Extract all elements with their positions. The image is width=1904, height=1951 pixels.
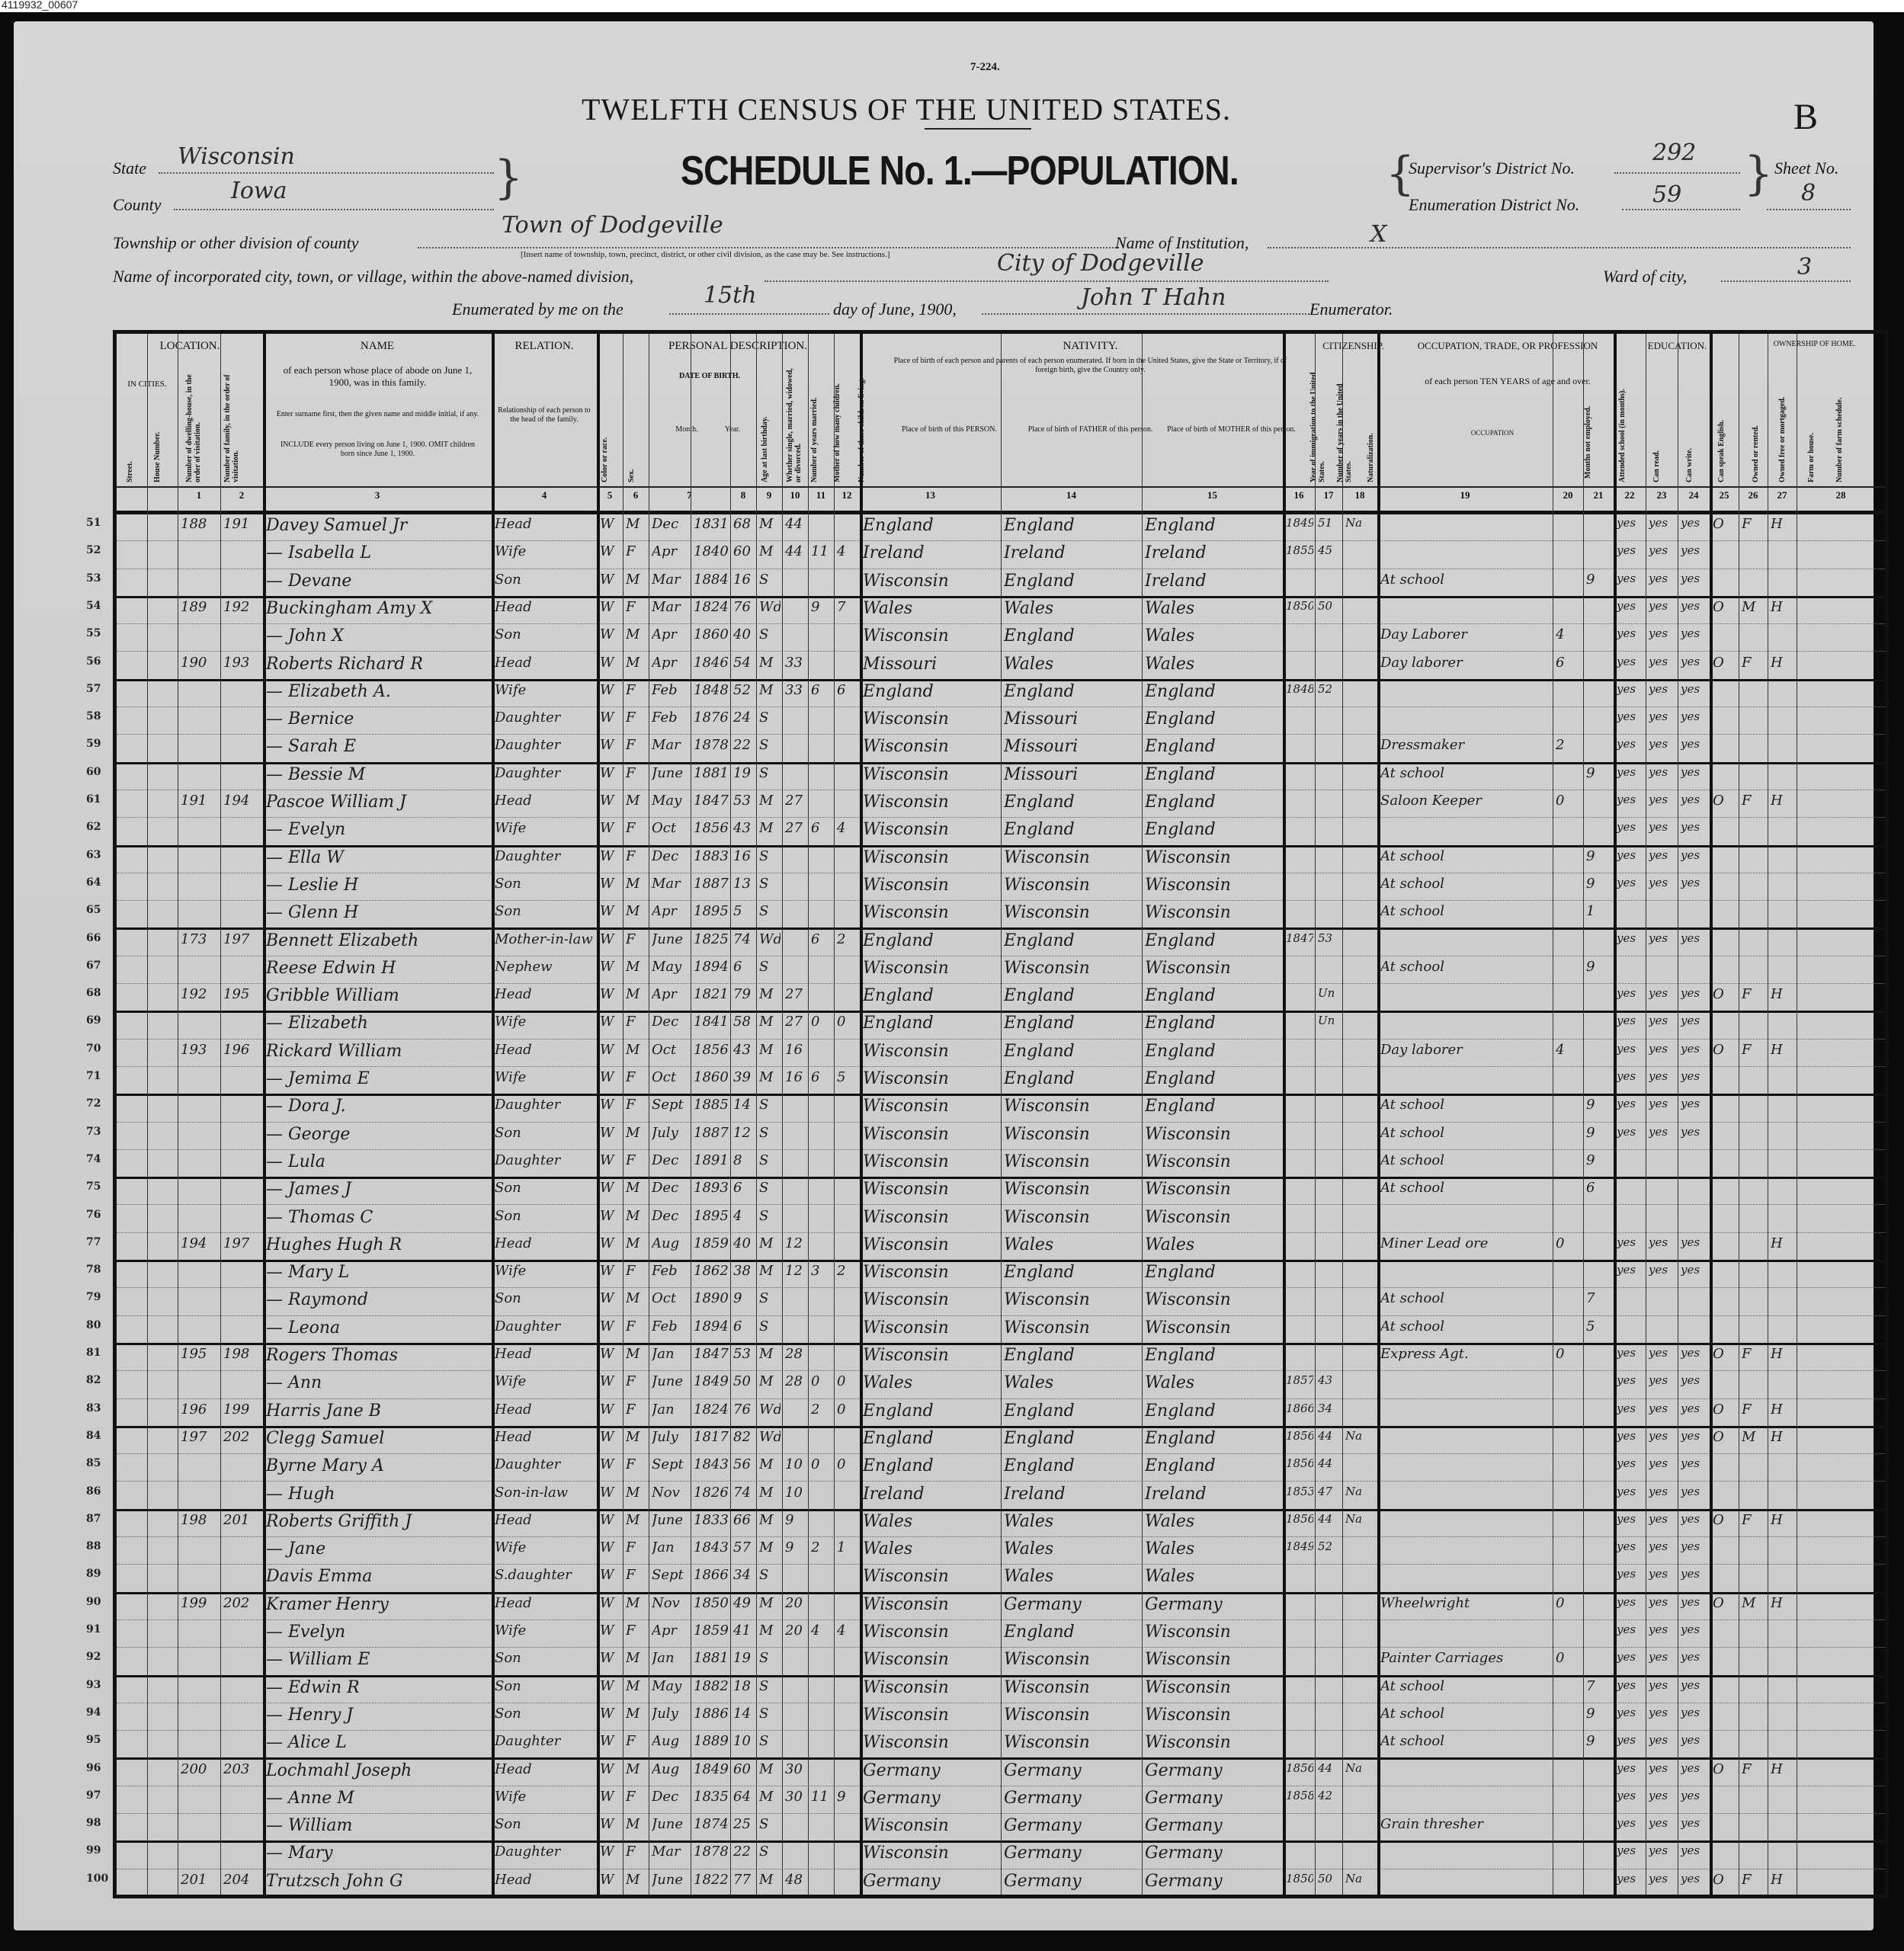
- cell-race: W: [600, 1844, 621, 1860]
- cell-speak: yes: [1681, 737, 1708, 751]
- cell-race: W: [600, 1733, 621, 1749]
- cell-sex: M: [626, 572, 647, 588]
- cell-bf: Wisconsin: [1004, 1125, 1140, 1144]
- cell-bf: England: [1004, 1263, 1140, 1282]
- cell-dw: 201: [181, 1872, 219, 1888]
- cell-year: 1887: [694, 1125, 729, 1141]
- cell-month: Sept: [652, 1097, 689, 1113]
- month-heading: Month.: [664, 425, 710, 434]
- line-number: 85: [86, 1457, 101, 1469]
- brace-district-close: }: [1744, 147, 1773, 200]
- cell-bm: England: [1145, 931, 1281, 950]
- immigration-year-header: Year of immigration to the United States…: [1309, 368, 1326, 482]
- cell-name: — James J: [266, 1180, 490, 1199]
- cell-year: 1849: [694, 1373, 729, 1389]
- cell-bf: Wisconsin: [1004, 1678, 1140, 1697]
- cell-year: 1891: [694, 1152, 729, 1168]
- cell-name: Pascoe William J: [266, 793, 490, 812]
- cell-bf: Wisconsin: [1004, 1208, 1140, 1227]
- cell-ym: 20: [785, 1623, 806, 1639]
- cell-month: Aug: [652, 1761, 689, 1777]
- cell-mar: S: [759, 1152, 781, 1168]
- cell-name: Kramer Henry: [266, 1595, 490, 1614]
- cell-rel: Head: [495, 793, 595, 809]
- column-number: 21: [1583, 489, 1614, 501]
- cell-bf: Wisconsin: [1004, 903, 1140, 922]
- cell-bf: Wales: [1004, 1373, 1140, 1392]
- cell-month: Apr: [652, 626, 689, 642]
- cell-write: yes: [1649, 820, 1676, 834]
- cell-occ: Day laborer: [1380, 1042, 1551, 1058]
- cell-year: 1856: [694, 820, 729, 836]
- county-label: County: [113, 195, 162, 215]
- cell-free: M: [1742, 1429, 1766, 1445]
- cell-bp: Ireland: [863, 1485, 999, 1504]
- cell-age: 39: [733, 1069, 755, 1085]
- line-number: 79: [86, 1291, 101, 1303]
- cell-read: yes: [1617, 1456, 1644, 1470]
- cell-read: yes: [1617, 1069, 1644, 1083]
- cell-bm: Wales: [1145, 1235, 1281, 1254]
- cell-speak: yes: [1681, 986, 1708, 1000]
- cell-read: yes: [1617, 1346, 1644, 1360]
- cell-bm: Wales: [1145, 1512, 1281, 1531]
- column-number: 19: [1377, 489, 1553, 501]
- cell-free: F: [1742, 1512, 1766, 1528]
- line-number: 59: [86, 738, 101, 750]
- cell-unemp: 0: [1556, 1346, 1582, 1362]
- cell-race: W: [600, 543, 621, 559]
- cell-rel: Daughter: [495, 848, 595, 864]
- cell-name: — Isabella L: [266, 543, 490, 562]
- census-title: TWELFTH CENSUS OF THE UNITED STATES.: [582, 91, 1231, 127]
- personal-description-heading: PERSONAL DESCRIPTION.: [597, 340, 879, 353]
- cell-sex: F: [626, 1014, 647, 1030]
- cell-age: 22: [733, 737, 755, 753]
- cell-bp: Wisconsin: [863, 1678, 999, 1697]
- column-divider: [834, 334, 835, 1895]
- cell-age: 53: [733, 793, 755, 809]
- cell-age: 6: [733, 1180, 755, 1196]
- cell-race: W: [600, 737, 621, 753]
- cell-bf: Wisconsin: [1004, 1650, 1140, 1669]
- cell-bm: England: [1145, 765, 1281, 784]
- cell-age: 41: [733, 1623, 755, 1639]
- cell-bp: Wales: [863, 1539, 999, 1559]
- cell-fam: 192: [223, 599, 261, 615]
- cell-mar: M: [759, 516, 781, 532]
- column-divider: [691, 334, 691, 1895]
- cell-speak: yes: [1681, 1733, 1708, 1747]
- cell-mar: M: [759, 682, 781, 698]
- cell-race: W: [600, 931, 621, 947]
- cell-write: yes: [1649, 1789, 1676, 1802]
- line-number: 57: [86, 683, 101, 695]
- cell-bf: Ireland: [1004, 1485, 1140, 1504]
- cell-year: 1894: [694, 959, 729, 975]
- cell-sex: M: [626, 876, 647, 892]
- cell-unemp: 0: [1556, 1595, 1582, 1611]
- cell-sch: 9: [1586, 1706, 1612, 1722]
- cell-dw: 198: [181, 1512, 219, 1528]
- cell-bp: Wisconsin: [863, 1650, 999, 1669]
- cell-age: 34: [733, 1567, 755, 1583]
- cell-imm: 1857: [1286, 1373, 1313, 1387]
- cell-name: — Bessie M: [266, 765, 490, 784]
- cell-write: yes: [1649, 737, 1676, 751]
- cell-bf: Germany: [1004, 1761, 1140, 1780]
- line-number: 94: [86, 1706, 101, 1719]
- line-number: 58: [86, 710, 101, 722]
- scan-background: 7-224. TWELFTH CENSUS OF THE UNITED STAT…: [0, 12, 1904, 1951]
- cell-write: yes: [1649, 986, 1676, 1000]
- cell-dw: 195: [181, 1346, 219, 1362]
- cell-occ: At school: [1380, 1678, 1551, 1694]
- cell-month: Sept: [652, 1456, 689, 1472]
- line-number: 99: [86, 1844, 101, 1856]
- cell-sex: F: [626, 599, 647, 615]
- cell-rel: Head: [495, 1595, 595, 1611]
- column-number: 3: [263, 489, 492, 501]
- cell-bm: England: [1145, 682, 1281, 701]
- cell-bp: Missouri: [863, 655, 999, 674]
- cell-mar: S: [759, 1567, 781, 1583]
- column-number: 1: [178, 489, 220, 501]
- cell-imm: 1855: [1286, 543, 1313, 557]
- ownership-heading: OWNERSHIP OF HOME.: [1744, 340, 1885, 348]
- cell-mar: M: [759, 1263, 781, 1279]
- state-value: Wisconsin: [178, 143, 295, 170]
- cell-race: W: [600, 1789, 621, 1805]
- cell-rel: Head: [495, 1235, 595, 1251]
- cell-name: — Dora J.: [266, 1097, 490, 1116]
- cell-occ: At school: [1380, 903, 1551, 919]
- cell-ch: 2: [837, 931, 858, 947]
- street-header: Street.: [126, 406, 134, 482]
- cell-month: Dec: [652, 1208, 689, 1224]
- cell-read: yes: [1617, 1706, 1644, 1719]
- cell-sex: M: [626, 986, 647, 1002]
- cell-mo: 2: [811, 1402, 832, 1418]
- cell-sch: 9: [1586, 1152, 1612, 1168]
- day-line: [669, 313, 829, 315]
- cell-bp: Germany: [863, 1789, 999, 1808]
- cell-sex: M: [626, 626, 647, 642]
- cell-sex: F: [626, 1097, 647, 1113]
- cell-read: yes: [1617, 1485, 1644, 1498]
- column-divider: [263, 334, 266, 1895]
- cell-month: May: [652, 1678, 689, 1694]
- cell-yus: 42: [1318, 1789, 1341, 1802]
- cell-mar: M: [759, 1456, 781, 1472]
- cell-name: Buckingham Amy X: [266, 599, 490, 618]
- cell-speak: yes: [1681, 848, 1708, 862]
- cell-yus: 44: [1318, 1512, 1341, 1526]
- cell-occ: Wheelwright: [1380, 1595, 1551, 1611]
- enumerator-name: John T Hahn: [1081, 284, 1226, 311]
- cell-read: yes: [1617, 1844, 1644, 1857]
- cell-bm: England: [1145, 1069, 1281, 1088]
- cell-fam: 194: [223, 793, 261, 809]
- cell-month: Nov: [652, 1485, 689, 1501]
- cell-rel: Wife: [495, 1539, 595, 1555]
- census-sheet: 7-224. TWELFTH CENSUS OF THE UNITED STAT…: [14, 21, 1874, 1930]
- cell-ch: 0: [837, 1373, 858, 1389]
- cell-bp: Wales: [863, 599, 999, 618]
- cell-year: 1847: [694, 1346, 729, 1362]
- cell-fh: H: [1771, 1512, 1795, 1528]
- cell-rel: Daughter: [495, 1844, 595, 1860]
- cell-year: 1848: [694, 682, 729, 698]
- cell-month: July: [652, 1125, 689, 1141]
- cell-mar: M: [759, 1042, 781, 1058]
- cell-year: 1849: [694, 1761, 729, 1777]
- line-number: 52: [86, 544, 101, 556]
- cell-fam: 191: [223, 516, 261, 532]
- cell-occ: Day Laborer: [1380, 626, 1551, 642]
- cell-year: 1860: [694, 626, 729, 642]
- cell-bf: Wisconsin: [1004, 1318, 1140, 1338]
- cell-own: O: [1713, 1346, 1737, 1362]
- cell-own: O: [1713, 1761, 1737, 1777]
- cell-speak: yes: [1681, 1346, 1708, 1360]
- cell-year: 1850: [694, 1595, 729, 1611]
- cell-sch: 9: [1586, 848, 1612, 864]
- cell-bf: Germany: [1004, 1595, 1140, 1614]
- cell-write: yes: [1649, 931, 1676, 945]
- cell-race: W: [600, 710, 621, 726]
- cell-ch: 4: [837, 1623, 858, 1639]
- cell-mar: M: [759, 1014, 781, 1030]
- cell-ym: 48: [785, 1872, 806, 1888]
- cell-sex: F: [626, 1733, 647, 1749]
- cell-sch: 9: [1586, 876, 1612, 892]
- column-divider: [1614, 334, 1617, 1895]
- column-divider: [808, 334, 809, 1895]
- cell-bm: Wales: [1145, 1567, 1281, 1586]
- cell-free: M: [1742, 599, 1766, 615]
- cell-read: yes: [1617, 848, 1644, 862]
- cell-bf: Missouri: [1004, 710, 1140, 729]
- enumeration-line: [1622, 209, 1740, 210]
- cell-name: Roberts Richard R: [266, 655, 490, 674]
- cell-mar: M: [759, 1623, 781, 1639]
- cell-age: 50: [733, 1373, 755, 1389]
- cell-bm: Germany: [1145, 1816, 1281, 1835]
- cell-year: 1878: [694, 1844, 729, 1860]
- cell-mar: Wd: [759, 1429, 781, 1445]
- cell-occ: Painter Carriages: [1380, 1650, 1551, 1666]
- cell-sex: F: [626, 1318, 647, 1334]
- cell-race: W: [600, 1650, 621, 1666]
- cell-fam: 197: [223, 1235, 261, 1251]
- cell-rel: Son: [495, 1650, 595, 1666]
- cell-bp: England: [863, 931, 999, 950]
- cell-unemp: 4: [1556, 1042, 1582, 1058]
- cell-write: yes: [1649, 1014, 1676, 1027]
- cell-free: F: [1742, 516, 1766, 532]
- cell-read: yes: [1617, 655, 1644, 668]
- cell-read: yes: [1617, 1678, 1644, 1692]
- city-value: City of Dodgeville: [997, 250, 1204, 277]
- cell-year: 1882: [694, 1678, 729, 1694]
- cell-bp: Wisconsin: [863, 1318, 999, 1338]
- cell-age: 40: [733, 1235, 755, 1251]
- cell-month: Dec: [652, 1152, 689, 1168]
- cell-mar: M: [759, 543, 781, 559]
- cell-speak: yes: [1681, 820, 1708, 834]
- cell-sex: M: [626, 793, 647, 809]
- cell-occ: At school: [1380, 1318, 1551, 1334]
- cell-read: yes: [1617, 1373, 1644, 1387]
- cell-imm: 1856: [1286, 1512, 1313, 1526]
- cell-month: Feb: [652, 682, 689, 698]
- cell-sex: M: [626, 1816, 647, 1832]
- cell-speak: yes: [1681, 931, 1708, 945]
- cell-speak: yes: [1681, 1844, 1708, 1857]
- cell-month: Jan: [652, 1402, 689, 1418]
- cell-free: F: [1742, 655, 1766, 671]
- cell-speak: yes: [1681, 1539, 1708, 1553]
- cell-race: W: [600, 572, 621, 588]
- cell-mar: S: [759, 710, 781, 726]
- cell-read: yes: [1617, 1816, 1644, 1830]
- cell-bm: Wisconsin: [1145, 1152, 1281, 1171]
- name-description: of each person whose place of abode on J…: [273, 364, 482, 388]
- cell-month: Apr: [652, 986, 689, 1002]
- cell-speak: yes: [1681, 626, 1708, 640]
- cell-write: yes: [1649, 682, 1676, 696]
- cell-speak: yes: [1681, 1097, 1708, 1110]
- column-divider: [147, 334, 148, 1895]
- cell-age: 74: [733, 1485, 755, 1501]
- cell-bm: England: [1145, 793, 1281, 812]
- cell-bf: England: [1004, 820, 1140, 839]
- cell-free: F: [1742, 1346, 1766, 1362]
- cell-own: O: [1713, 1042, 1737, 1058]
- cell-year: 1862: [694, 1263, 729, 1279]
- cell-year: 1826: [694, 1485, 729, 1501]
- column-divider: [730, 334, 731, 1895]
- cell-speak: yes: [1681, 1373, 1708, 1387]
- cell-month: Feb: [652, 710, 689, 726]
- cell-year: 1889: [694, 1733, 729, 1749]
- cell-race: W: [600, 1761, 621, 1777]
- cell-nat: Na: [1345, 1485, 1376, 1498]
- column-divider: [492, 334, 495, 1895]
- cell-bf: England: [1004, 1346, 1140, 1365]
- cell-write: yes: [1649, 1567, 1676, 1581]
- cell-year: 1841: [694, 1014, 729, 1030]
- cell-bm: Germany: [1145, 1789, 1281, 1808]
- cell-yus: 52: [1318, 1539, 1341, 1553]
- cell-read: yes: [1617, 1567, 1644, 1581]
- cell-sex: F: [626, 1069, 647, 1085]
- cell-bm: Wisconsin: [1145, 1706, 1281, 1725]
- house-number-header: House Number.: [153, 406, 162, 482]
- cell-bm: England: [1145, 737, 1281, 756]
- cell-bp: Wisconsin: [863, 903, 999, 922]
- cell-ch: 0: [837, 1456, 858, 1472]
- cell-year: 1825: [694, 931, 729, 947]
- cell-race: W: [600, 1263, 621, 1279]
- years-in-us-header: Number of years in the United States.: [1336, 368, 1353, 482]
- cell-occ: Grain thresher: [1380, 1816, 1551, 1832]
- line-number: 68: [86, 987, 101, 999]
- cell-yus: 52: [1318, 682, 1341, 696]
- column-divider: [1142, 334, 1143, 1895]
- cell-bf: Wisconsin: [1004, 1290, 1140, 1309]
- cell-read: yes: [1617, 931, 1644, 945]
- cell-race: W: [600, 1539, 621, 1555]
- line-number: 67: [86, 959, 101, 972]
- cell-age: 38: [733, 1263, 755, 1279]
- column-number: 8: [730, 489, 756, 501]
- cell-write: yes: [1649, 1069, 1676, 1083]
- cell-free: F: [1742, 1042, 1766, 1058]
- line-number: 72: [86, 1097, 101, 1110]
- cell-ym: 30: [785, 1789, 806, 1805]
- cell-bf: Wales: [1004, 1539, 1140, 1559]
- column-number: 22: [1614, 489, 1646, 501]
- cell-month: Nov: [652, 1595, 689, 1611]
- cell-yus: 50: [1318, 1872, 1341, 1885]
- cell-write: yes: [1649, 1512, 1676, 1526]
- cell-mar: S: [759, 1318, 781, 1334]
- cell-fh: H: [1771, 1402, 1795, 1418]
- cell-occ: At school: [1380, 572, 1551, 588]
- cell-mar: S: [759, 959, 781, 975]
- cell-yus: 53: [1318, 931, 1341, 945]
- cell-sex: F: [626, 682, 647, 698]
- cell-age: 24: [733, 710, 755, 726]
- column-divider: [1583, 334, 1584, 1895]
- cell-speak: yes: [1681, 599, 1708, 613]
- cell-year: 1890: [694, 1290, 729, 1306]
- cell-sex: M: [626, 1872, 647, 1888]
- cell-bp: Ireland: [863, 543, 999, 562]
- cell-speak: yes: [1681, 572, 1708, 585]
- cell-sex: M: [626, 1761, 647, 1777]
- cell-month: Apr: [652, 1623, 689, 1639]
- cell-age: 60: [733, 543, 755, 559]
- cell-mar: S: [759, 1733, 781, 1749]
- cell-bm: England: [1145, 516, 1281, 535]
- cell-age: 9: [733, 1290, 755, 1306]
- cell-rel: Daughter: [495, 737, 595, 753]
- cell-month: Mar: [652, 737, 689, 753]
- cell-rel: Head: [495, 1761, 595, 1777]
- cell-month: Apr: [652, 903, 689, 919]
- cell-mo: 6: [811, 820, 832, 836]
- cell-month: June: [652, 1512, 689, 1528]
- cell-ym: 10: [785, 1485, 806, 1501]
- cell-rel: Son: [495, 1290, 595, 1306]
- cell-age: 60: [733, 1761, 755, 1777]
- occupation-description: of each person TEN YEARS of age and over…: [1412, 376, 1603, 386]
- cell-nat: Na: [1345, 1512, 1376, 1526]
- cell-year: 1894: [694, 1318, 729, 1334]
- cell-rel: Son: [495, 1208, 595, 1224]
- cell-speak: yes: [1681, 1014, 1708, 1027]
- cell-read: yes: [1617, 1512, 1644, 1526]
- city-line: [764, 280, 1329, 282]
- cell-ch: 1: [837, 1539, 858, 1555]
- cell-rel: Wife: [495, 543, 595, 559]
- cell-age: 19: [733, 1650, 755, 1666]
- cell-ch: 4: [837, 820, 858, 836]
- cell-name: — Edwin R: [266, 1678, 490, 1697]
